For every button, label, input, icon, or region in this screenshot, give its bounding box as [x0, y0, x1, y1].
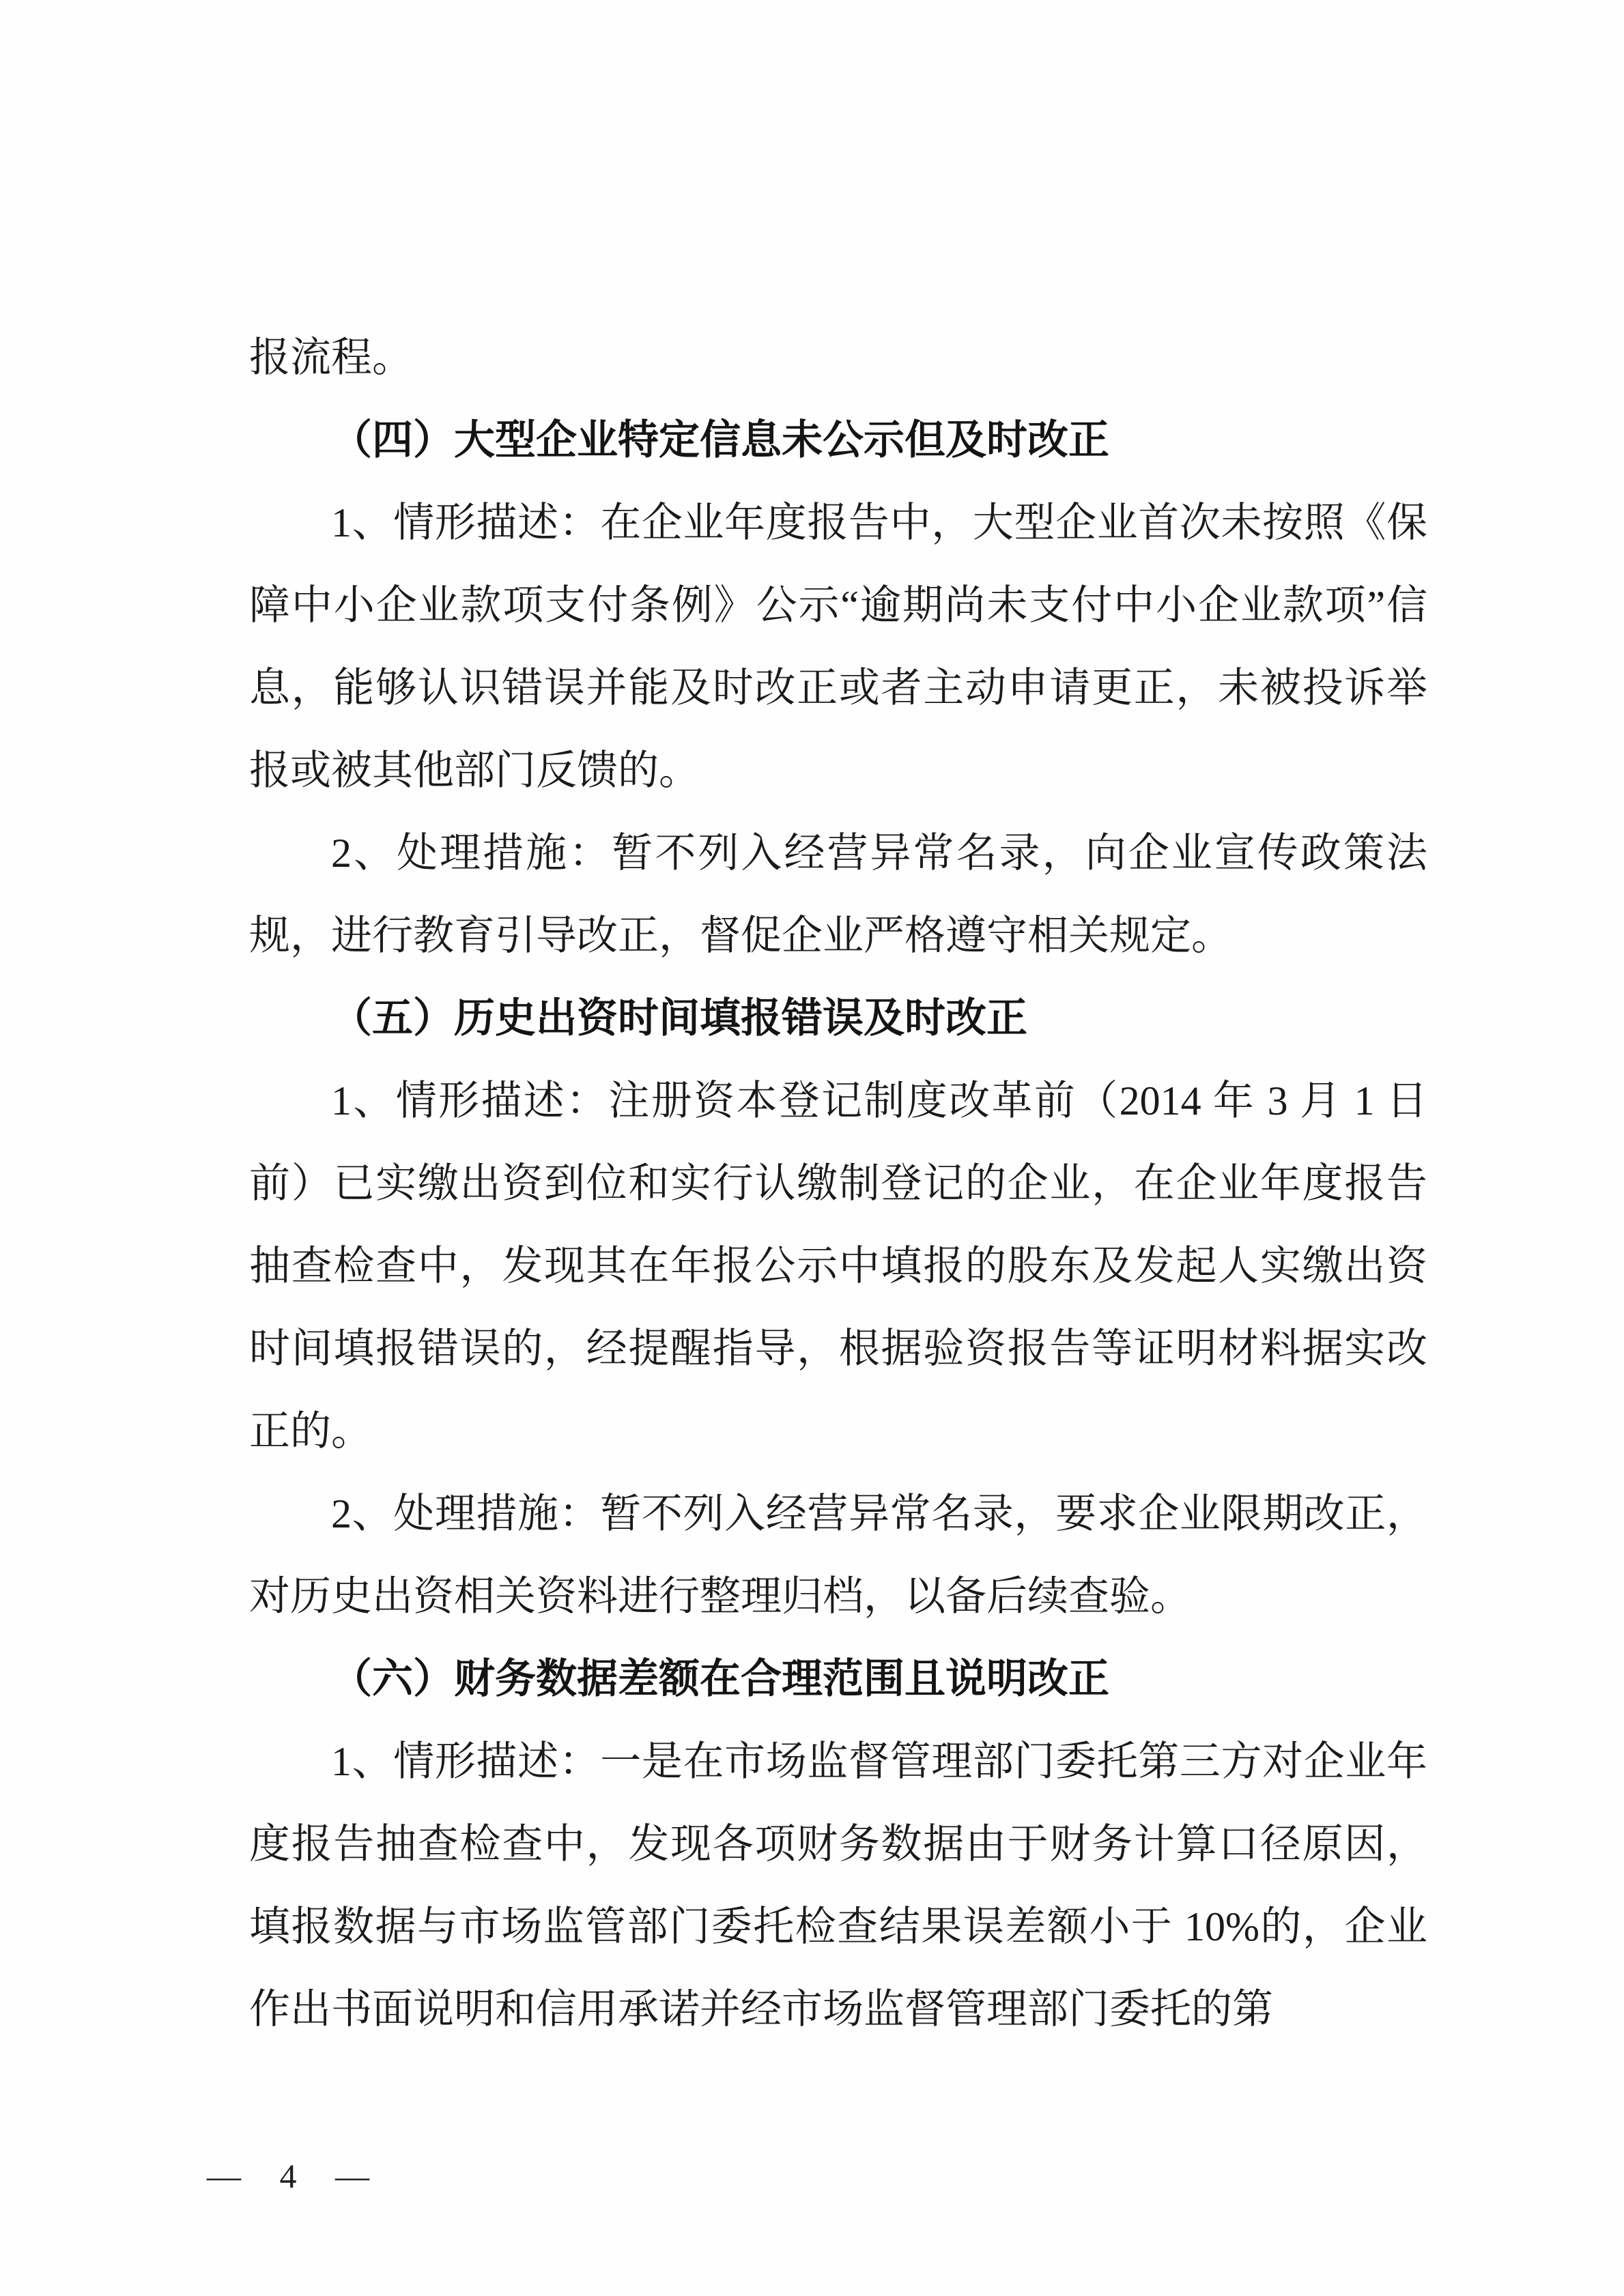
paragraph-measures-4: 2、处理措施：暂不列入经营异常名录，向企业宣传政策法规，进行教育引导改正，督促企… [249, 812, 1427, 977]
document-page: 报流程。 （四）大型企业特定信息未公示但及时改正 1、情形描述：在企业年度报告中… [0, 0, 1624, 2296]
paragraph-continuation: 报流程。 [249, 317, 1427, 399]
section-heading-4: （四）大型企业特定信息未公示但及时改正 [249, 399, 1427, 482]
page-number: — 4 — [207, 2155, 384, 2196]
paragraph-situation-5: 1、情形描述：注册资本登记制度改革前（2014 年 3 月 1 日前）已实缴出资… [249, 1060, 1427, 1473]
paragraph-situation-4: 1、情形描述：在企业年度报告中，大型企业首次未按照《保障中小企业款项支付条例》公… [249, 482, 1427, 812]
section-heading-6: （六）财务数据差额在合理范围且说明改正 [249, 1638, 1427, 1721]
paragraph-situation-6: 1、情形描述：一是在市场监督管理部门委托第三方对企业年度报告抽查检查中，发现各项… [249, 1721, 1427, 2051]
document-body: 报流程。 （四）大型企业特定信息未公示但及时改正 1、情形描述：在企业年度报告中… [249, 317, 1427, 2051]
paragraph-measures-5: 2、处理措施：暂不列入经营异常名录，要求企业限期改正，对历史出资相关资料进行整理… [249, 1473, 1427, 1638]
section-heading-5: （五）历史出资时间填报错误及时改正 [249, 977, 1427, 1060]
